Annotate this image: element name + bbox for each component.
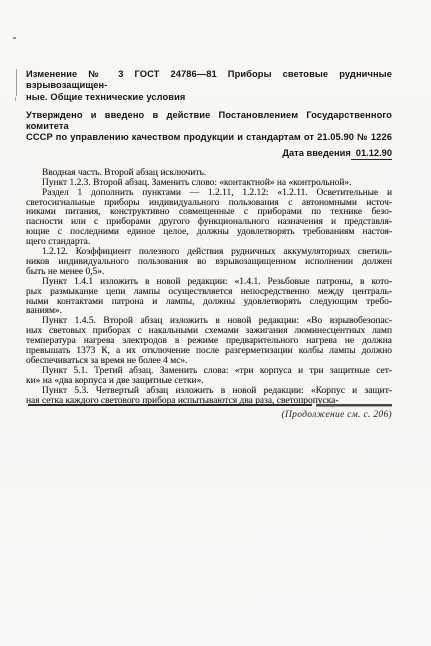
text-line: СССР по управлению качеством продукции и…: [26, 132, 392, 143]
body-line: ными контактами патрона и лампы, должны …: [26, 298, 392, 308]
paragraph: 1.2.12. Коэффициент полезного действия р…: [26, 248, 392, 278]
scan-edge-line: [16, 69, 17, 96]
effective-date: Дата введения01.12.90: [26, 148, 392, 159]
paragraph: Пункт 1.4.1 изложить в новой редакции: «…: [26, 278, 392, 318]
amendment-title: Изменение № 3 ГОСТ 24786—81 Приборы свет…: [26, 69, 392, 103]
paragraph: Раздел 1 дополнить пунктами — 1.2.11, 1.…: [26, 189, 392, 248]
document-content: Изменение № 3 ГОСТ 24786—81 Приборы свет…: [26, 69, 392, 421]
paragraph: Пункт 5.1. Третий абзац. Заменить слова:…: [26, 367, 392, 387]
continuation-note: (Продолжение см. с. 206): [26, 410, 392, 421]
text-line: Изменение № 3 ГОСТ 24786—81 Приборы свет…: [26, 69, 392, 92]
effective-date-label: Дата введения: [282, 148, 350, 158]
page-bottom-rule: [28, 404, 392, 406]
effective-date-value: 01.12.90: [351, 148, 392, 160]
scanned-document-page: Изменение № 3 ГОСТ 24786—81 Приборы свет…: [0, 0, 431, 646]
approval-statement: Утверждено и введено в действие Постанов…: [26, 110, 392, 144]
rule-segment-right: [316, 404, 392, 406]
text-line: ные. Общие технические условия: [26, 92, 392, 103]
scan-speck-small: [15, 97, 16, 101]
paragraph: Пункт 1.4.5. Второй абзац изложить в нов…: [26, 317, 392, 367]
rule-segment-left: [28, 404, 312, 406]
body-line: Раздел 1 дополнить пунктами — 1.2.11, 1.…: [26, 189, 392, 199]
document-body: Вводная часть. Второй абзац исключить.Пу…: [26, 169, 392, 407]
scan-speck: [13, 37, 16, 39]
text-line: Утверждено и введено в действие Постанов…: [26, 110, 392, 133]
